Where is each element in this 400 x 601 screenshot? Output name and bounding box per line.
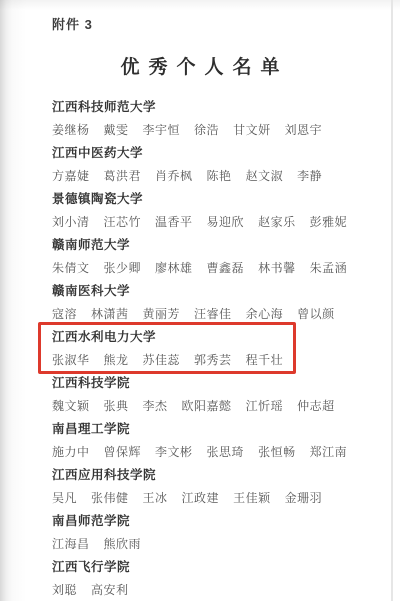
university-name: 江西飞行学院 bbox=[52, 556, 370, 579]
names-row: 姜继杨戴雯李宇恒徐浩甘文妍刘恩宇 bbox=[52, 119, 370, 142]
university-name: 赣南医科大学 bbox=[52, 280, 370, 303]
person-name: 朱孟涵 bbox=[310, 257, 348, 280]
person-name: 廖林雄 bbox=[155, 257, 193, 280]
university-section: 南昌师范学院 江海昌熊欣雨 bbox=[52, 510, 370, 556]
person-name: 刘聪 bbox=[52, 579, 77, 601]
attachment-label: 附件 3 bbox=[52, 14, 93, 33]
names-row: 寇溶林潇茜黄丽芳汪睿佳余心海曾以颜 bbox=[52, 303, 370, 326]
person-name: 方嘉婕 bbox=[52, 165, 90, 188]
person-name: 施力中 bbox=[52, 441, 90, 464]
person-name: 江政建 bbox=[182, 487, 220, 510]
person-name: 曹鑫磊 bbox=[207, 257, 245, 280]
names-row: 吴凡张伟健王冰江政建王佳颖金珊羽 bbox=[52, 487, 370, 510]
person-name: 刘小清 bbox=[52, 211, 90, 234]
person-name: 仲志超 bbox=[297, 395, 335, 418]
university-name: 江西应用科技学院 bbox=[52, 464, 370, 487]
person-name: 张少卿 bbox=[104, 257, 142, 280]
names-row: 朱倩文张少卿廖林雄曹鑫磊林书馨朱孟涵 bbox=[52, 257, 370, 280]
person-name: 甘文妍 bbox=[233, 119, 271, 142]
person-name: 刘恩宇 bbox=[285, 119, 323, 142]
page-title: 优秀个人名单 bbox=[0, 52, 400, 79]
person-name: 林书馨 bbox=[258, 257, 296, 280]
person-name: 赵家乐 bbox=[258, 211, 296, 234]
university-section: 江西中医药大学 方嘉婕葛洪君肖乔枫陈艳赵文淑李静 bbox=[52, 142, 370, 188]
person-name: 张思琦 bbox=[207, 441, 245, 464]
university-section: 南昌理工学院 施力中曾保辉李文彬张思琦张恒畅郑江南 bbox=[52, 418, 370, 464]
university-name: 南昌理工学院 bbox=[52, 418, 370, 441]
person-name: 葛洪君 bbox=[104, 165, 142, 188]
person-name: 徐浩 bbox=[194, 119, 219, 142]
person-name: 姜继杨 bbox=[52, 119, 90, 142]
person-name: 赵文淑 bbox=[246, 165, 284, 188]
person-name: 温香平 bbox=[155, 211, 193, 234]
names-row: 张淑华熊龙苏佳蕊郭秀芸程千壮 bbox=[52, 349, 370, 372]
university-section: 景德镇陶瓷大学 刘小清汪芯竹温香平易迎欣赵家乐彭雅妮 bbox=[52, 188, 370, 234]
university-section: 江西应用科技学院 吴凡张伟健王冰江政建王佳颖金珊羽 bbox=[52, 464, 370, 510]
university-name: 南昌师范学院 bbox=[52, 510, 370, 533]
person-name: 郭秀芸 bbox=[194, 349, 232, 372]
names-row: 江海昌熊欣雨 bbox=[52, 533, 370, 556]
person-name: 余心海 bbox=[246, 303, 284, 326]
person-name: 江海昌 bbox=[52, 533, 90, 556]
person-name: 张典 bbox=[104, 395, 129, 418]
person-name: 苏佳蕊 bbox=[143, 349, 181, 372]
person-name: 张伟健 bbox=[91, 487, 129, 510]
university-name: 江西科技师范大学 bbox=[52, 96, 370, 119]
names-row: 方嘉婕葛洪君肖乔枫陈艳赵文淑李静 bbox=[52, 165, 370, 188]
names-row: 刘聪高安利 bbox=[52, 579, 370, 601]
person-name: 肖乔枫 bbox=[155, 165, 193, 188]
university-section: 赣南医科大学 寇溶林潇茜黄丽芳汪睿佳余心海曾以颜 bbox=[52, 280, 370, 326]
person-name: 郑江南 bbox=[310, 441, 348, 464]
person-name: 李静 bbox=[297, 165, 322, 188]
university-section: 江西科技师范大学 姜继杨戴雯李宇恒徐浩甘文妍刘恩宇 bbox=[52, 96, 370, 142]
person-name: 汪睿佳 bbox=[194, 303, 232, 326]
university-section: 江西飞行学院 刘聪高安利 bbox=[52, 556, 370, 601]
university-section: 赣南师范大学 朱倩文张少卿廖林雄曹鑫磊林书馨朱孟涵 bbox=[52, 234, 370, 280]
university-name: 景德镇陶瓷大学 bbox=[52, 188, 370, 211]
sections-list: 江西科技师范大学 姜继杨戴雯李宇恒徐浩甘文妍刘恩宇 江西中医药大学 方嘉婕葛洪君… bbox=[52, 96, 370, 601]
person-name: 熊龙 bbox=[104, 349, 129, 372]
person-name: 彭雅妮 bbox=[310, 211, 348, 234]
person-name: 金珊羽 bbox=[285, 487, 323, 510]
person-name: 欧阳嘉懿 bbox=[182, 395, 232, 418]
person-name: 李宇恒 bbox=[143, 119, 181, 142]
person-name: 陈艳 bbox=[207, 165, 232, 188]
person-name: 朱倩文 bbox=[52, 257, 90, 280]
person-name: 魏文颖 bbox=[52, 395, 90, 418]
person-name: 江忻瑶 bbox=[246, 395, 284, 418]
person-name: 李杰 bbox=[143, 395, 168, 418]
person-name: 曾保辉 bbox=[104, 441, 142, 464]
person-name: 寇溶 bbox=[52, 303, 77, 326]
person-name: 李文彬 bbox=[155, 441, 193, 464]
person-name: 王佳颖 bbox=[233, 487, 271, 510]
person-name: 汪芯竹 bbox=[104, 211, 142, 234]
university-section: 江西水利电力大学 张淑华熊龙苏佳蕊郭秀芸程千壮 bbox=[52, 326, 370, 372]
person-name: 熊欣雨 bbox=[104, 533, 142, 556]
university-name: 赣南师范大学 bbox=[52, 234, 370, 257]
person-name: 程千壮 bbox=[246, 349, 284, 372]
person-name: 王冰 bbox=[143, 487, 168, 510]
person-name: 易迎欣 bbox=[207, 211, 245, 234]
person-name: 高安利 bbox=[91, 579, 129, 601]
names-row: 刘小清汪芯竹温香平易迎欣赵家乐彭雅妮 bbox=[52, 211, 370, 234]
names-row: 施力中曾保辉李文彬张思琦张恒畅郑江南 bbox=[52, 441, 370, 464]
person-name: 戴雯 bbox=[104, 119, 129, 142]
person-name: 曾以颜 bbox=[297, 303, 335, 326]
person-name: 张恒畅 bbox=[258, 441, 296, 464]
university-name: 江西水利电力大学 bbox=[52, 326, 370, 349]
university-name: 江西中医药大学 bbox=[52, 142, 370, 165]
names-row: 魏文颖张典李杰欧阳嘉懿江忻瑶仲志超 bbox=[52, 395, 370, 418]
person-name: 吴凡 bbox=[52, 487, 77, 510]
person-name: 林潇茜 bbox=[91, 303, 129, 326]
university-section: 江西科技学院 魏文颖张典李杰欧阳嘉懿江忻瑶仲志超 bbox=[52, 372, 370, 418]
person-name: 黄丽芳 bbox=[143, 303, 181, 326]
document-page: 附件 3 优秀个人名单 江西科技师范大学 姜继杨戴雯李宇恒徐浩甘文妍刘恩宇 江西… bbox=[0, 0, 400, 601]
university-name: 江西科技学院 bbox=[52, 372, 370, 395]
person-name: 张淑华 bbox=[52, 349, 90, 372]
